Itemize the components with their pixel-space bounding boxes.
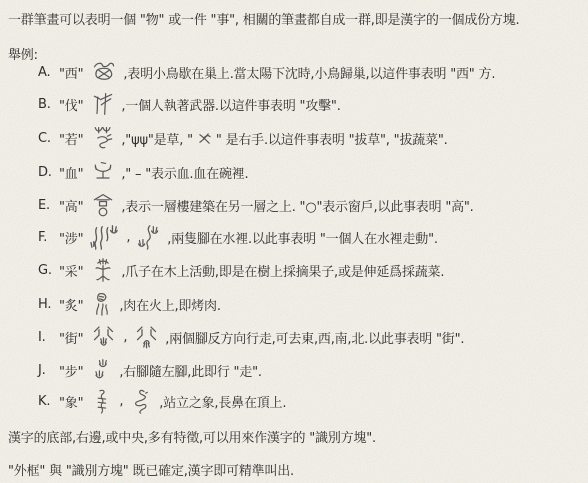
footer-line-1: 漢字的底部,右邊,或中央,多有特徵,可以用來作漢字的 "識別方塊". bbox=[8, 427, 376, 446]
example-char: "步" bbox=[59, 361, 83, 380]
footer-line-2: "外框" 與 "識別方塊" 既已確定,漢字即可精準叫出. bbox=[8, 460, 294, 479]
example-letter: E. bbox=[38, 198, 54, 213]
example-char: "涉" bbox=[59, 228, 83, 247]
oracle-glyph-gao-tower bbox=[90, 191, 116, 219]
example-letter: K. bbox=[38, 394, 54, 409]
example-letter: H. bbox=[38, 297, 54, 312]
example-letter: D. bbox=[38, 165, 54, 180]
example-letter: G. bbox=[38, 263, 54, 278]
example-description: ,一個人執著武器.以這件事表明 "攻擊". bbox=[121, 95, 340, 114]
intro-paragraph: 一群筆畫可以表明一個 "物" 或一件 "事", 相關的筆畫都自成一群,即是漢字的… bbox=[8, 9, 519, 28]
example-letter: I. bbox=[38, 330, 54, 345]
example-char: "伐" bbox=[59, 95, 83, 114]
example-letter: A. bbox=[38, 65, 54, 80]
example-letter: C. bbox=[38, 131, 54, 146]
oracle-glyph-she-water-feet-2 bbox=[136, 223, 162, 251]
example-description: ,表示一層樓建築在另一層之上. "○"表示窗戶,以此事表明 "高". bbox=[121, 196, 473, 215]
scanned-document-page: 一群筆畫可以表明一個 "物" 或一件 "事", 相關的筆畫都自成一群,即是漢字的… bbox=[0, 0, 588, 483]
example-char: "采" bbox=[59, 261, 83, 280]
example-row-k: K. "象" , ,站立之象,長鼻在頂上. bbox=[38, 386, 286, 416]
oracle-glyph-xiang-elephant-1 bbox=[90, 387, 113, 416]
example-row-f: F. "涉" , ,兩隻腳在水裡.以此事表明 "一個人在水裡走動". bbox=[38, 222, 438, 252]
example-char: "高" bbox=[59, 196, 83, 215]
oracle-glyph-xiang-elephant-2 bbox=[129, 387, 154, 416]
example-description: ,表明小鳥歇在巢上.當太陽下沈時,小鳥歸巢,以這件事表明 "西" 方. bbox=[123, 63, 495, 82]
example-letter: B. bbox=[38, 97, 54, 112]
oracle-glyph-jie-crossroads-1 bbox=[90, 323, 117, 351]
example-description: ,站立之象,長鼻在頂上. bbox=[159, 392, 286, 411]
example-row-j: J. "步" ,右腳隨左腳,此即行 "走". bbox=[38, 355, 262, 385]
example-description: ,肉在火上,即烤肉. bbox=[119, 295, 220, 314]
example-char: "街" bbox=[59, 328, 83, 347]
example-row-a: A. "西" ,表明小鳥歇在巢上.當太陽下沈時,小鳥歸巢,以這件事表明 "西" … bbox=[38, 57, 495, 87]
example-row-b: B. "伐" ,一個人執著武器.以這件事表明 "攻擊". bbox=[38, 89, 341, 119]
example-row-e: E. "高" ,表示一層樓建築在另一層之上. "○"表示窗戶,以此事表明 "高"… bbox=[38, 190, 474, 220]
example-description-part2: " 是右手.以這件事表明 "拔草", "拔蔬菜". bbox=[216, 129, 448, 148]
oracle-glyph-ruo-grass-hand bbox=[90, 124, 116, 152]
example-description: ,右腳隨左腳,此即行 "走". bbox=[119, 361, 262, 380]
example-char: "西" bbox=[59, 63, 83, 82]
glyph-separator: , bbox=[123, 330, 127, 345]
oracle-glyph-xue-bowl bbox=[90, 160, 116, 184]
example-row-i: I. "街" , ,兩個腳反方向行走,可去東,西,南,北.以此事表明 "街". bbox=[38, 322, 464, 352]
example-row-c: C. "若" ,"ψψ"是草, " " 是右手.以這件事表明 "拔草", "拔蔬… bbox=[38, 123, 448, 153]
oracle-glyph-right-hand-inline bbox=[198, 132, 211, 145]
example-char: "象" bbox=[59, 392, 83, 411]
oracle-glyph-jie-crossroads-2 bbox=[133, 323, 160, 351]
example-char: "血" bbox=[59, 163, 83, 182]
oracle-glyph-she-water-feet-1 bbox=[90, 223, 120, 251]
example-row-g: G. "采" ,爪子在木上活動,即是在樹上採摘果子,或是伸延爲採蔬菜. bbox=[38, 255, 444, 285]
oracle-glyph-zhi-meat-fire bbox=[90, 290, 114, 318]
example-description: ," – "表示血.血在碗裡. bbox=[121, 163, 248, 182]
oracle-glyph-fa-halberd bbox=[90, 90, 116, 118]
example-row-d: D. "血" ," – "表示血.血在碗裡. bbox=[38, 157, 248, 187]
example-description: ,兩隻腳在水裡.以此事表明 "一個人在水裡走動". bbox=[167, 228, 438, 247]
example-description: ,爪子在木上活動,即是在樹上採摘果子,或是伸延爲採蔬菜. bbox=[121, 261, 444, 280]
example-row-h: H. "炙" ,肉在火上,即烤肉. bbox=[38, 289, 221, 319]
oracle-glyph-cai-claw-tree bbox=[90, 256, 116, 284]
examples-heading: 舉例: bbox=[8, 44, 38, 63]
example-description: ,兩個腳反方向行走,可去東,西,南,北.以此事表明 "街". bbox=[165, 328, 464, 347]
glyph-separator: , bbox=[126, 230, 130, 245]
example-letter: F. bbox=[38, 230, 54, 245]
oracle-glyph-xi-nest bbox=[90, 59, 118, 85]
glyph-separator: , bbox=[119, 394, 123, 409]
example-letter: J. bbox=[38, 363, 54, 378]
example-char: "若" bbox=[59, 129, 83, 148]
example-char: "炙" bbox=[59, 295, 83, 314]
oracle-glyph-bu-two-feet bbox=[90, 356, 114, 384]
example-description-part1: ,"ψψ"是草, " bbox=[121, 129, 193, 148]
